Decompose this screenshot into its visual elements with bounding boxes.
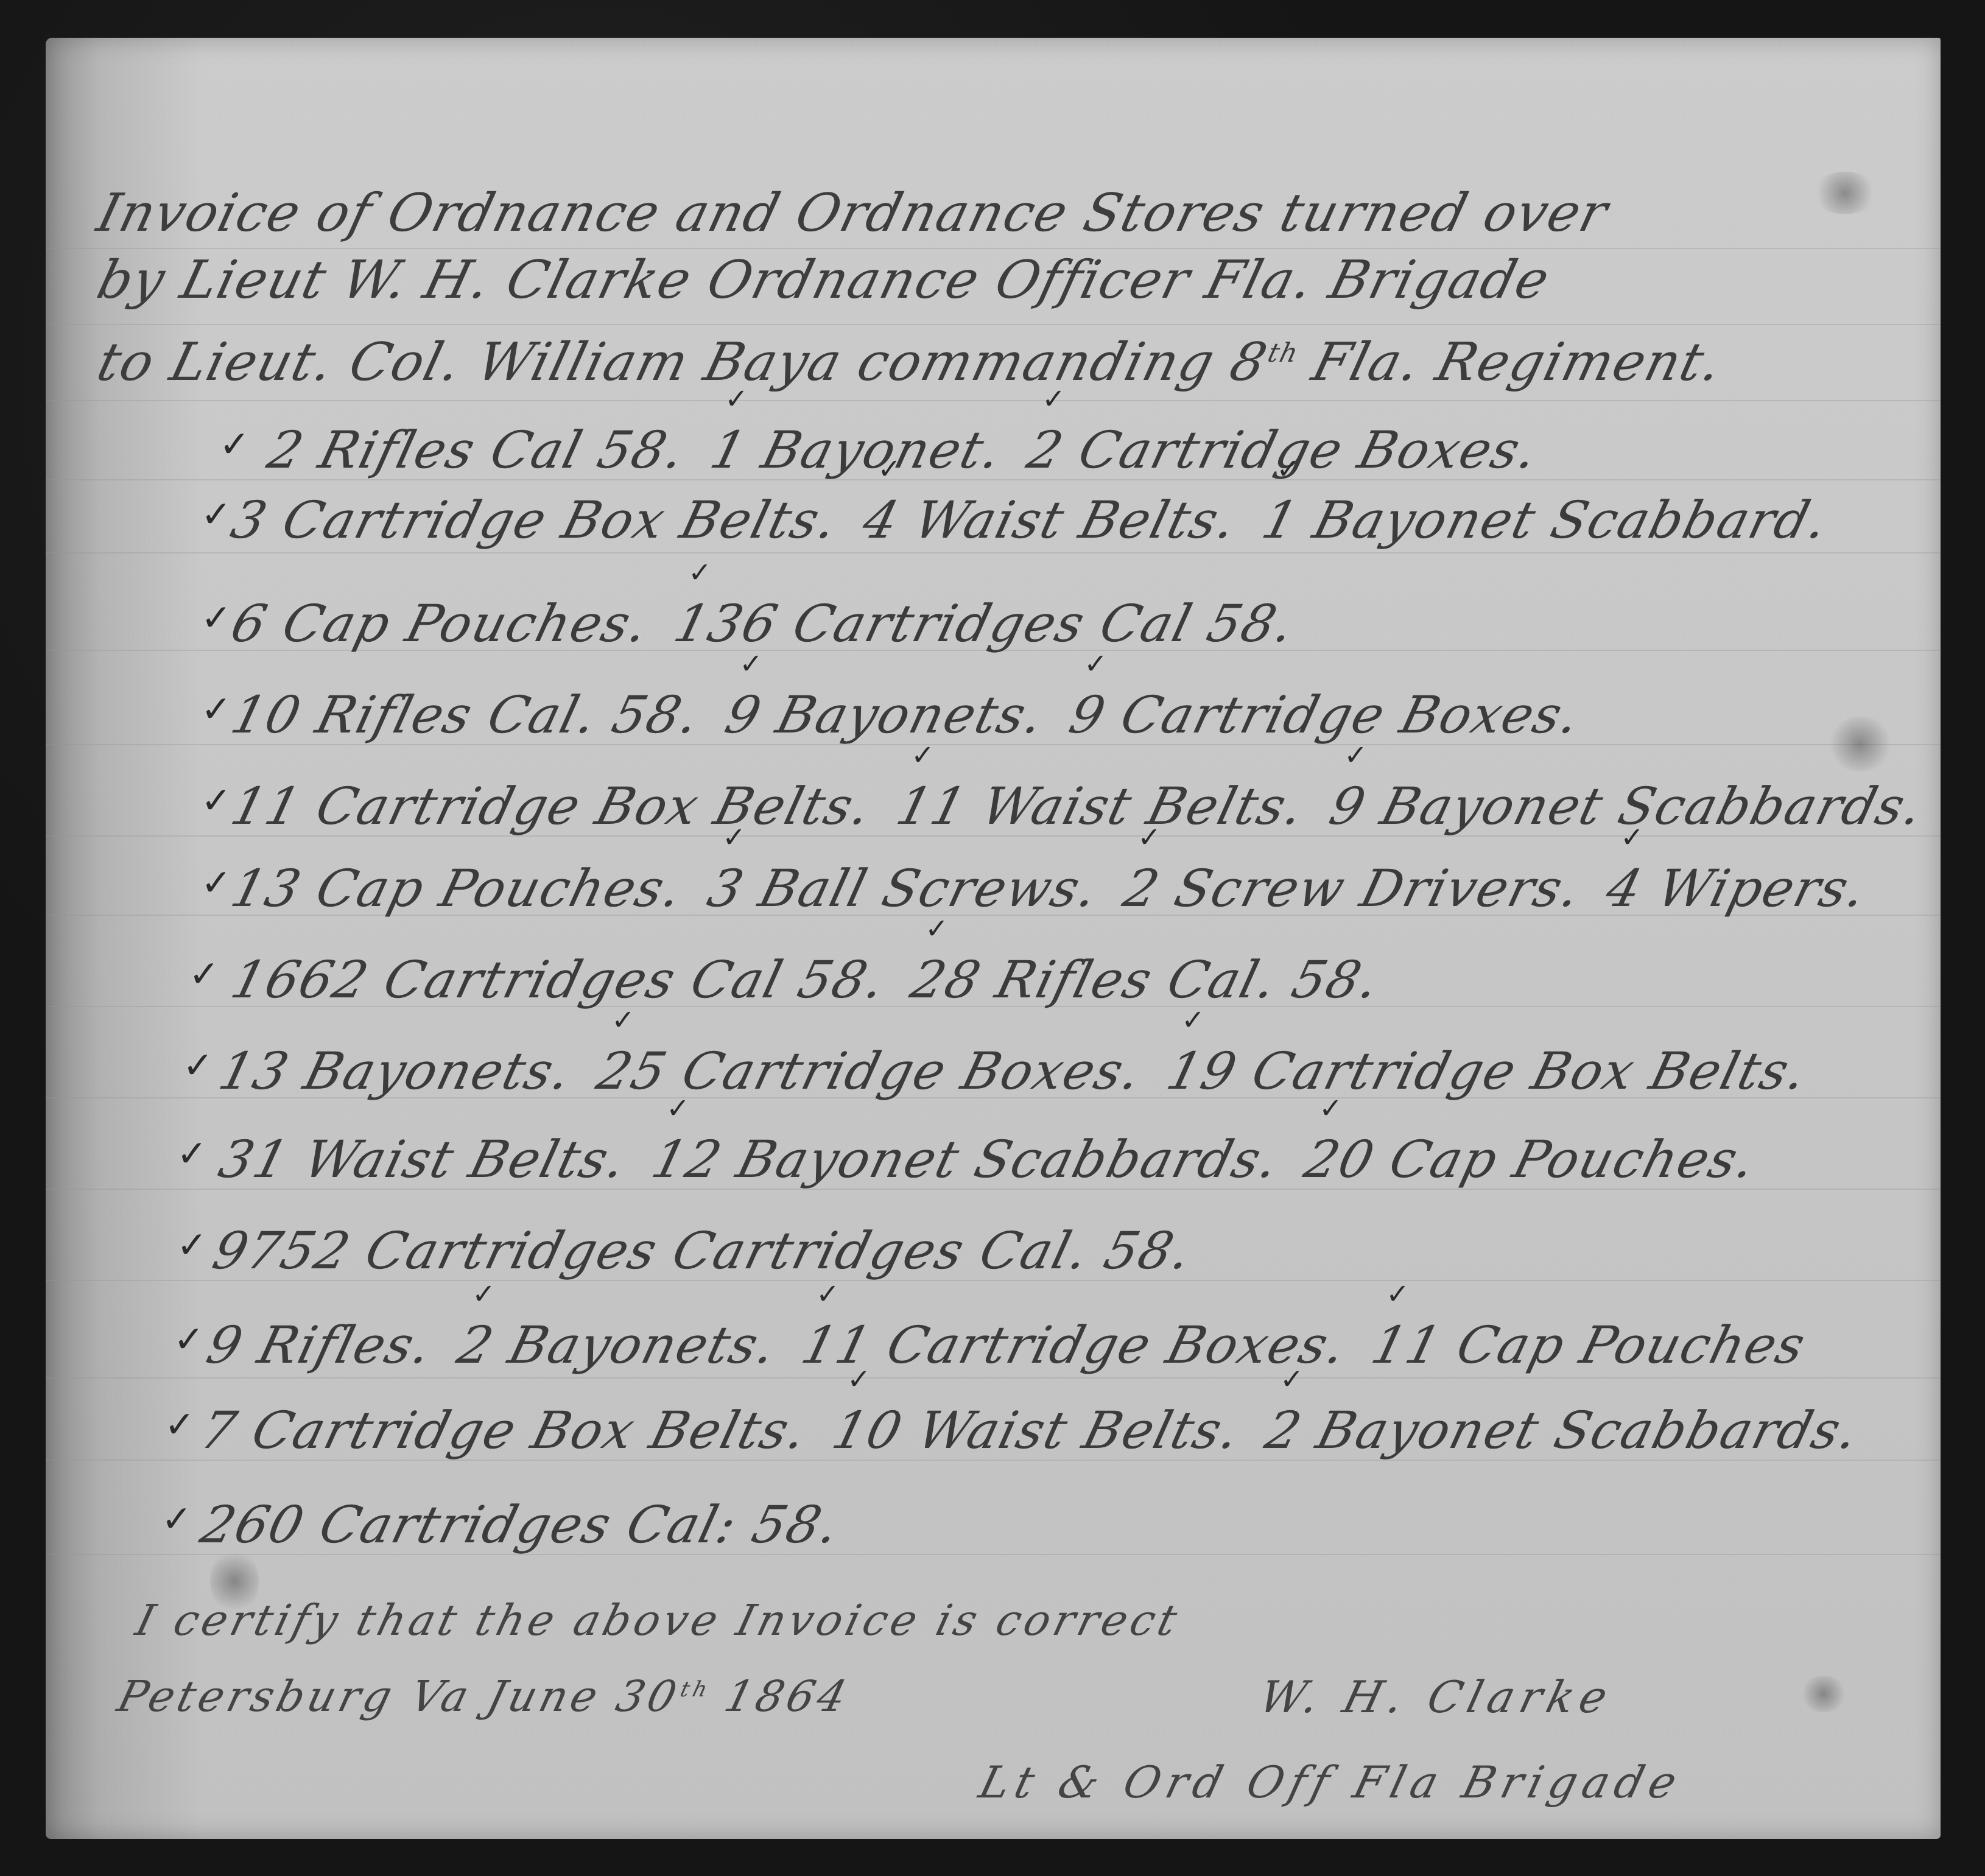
item-entry-text: 28 Rifles Cal. 58. (905, 950, 1386, 1010)
signature-title: Lt & Ord Off Fla Brigade (974, 1757, 1688, 1808)
item-entry-text: 11 Waist Belts. (891, 776, 1310, 836)
ruled-line (46, 400, 1941, 401)
item-entry-text: 1 Bayonet Scabbard. (1256, 490, 1835, 550)
row-check-mark-icon: ✓ (177, 1133, 207, 1175)
item-entry-text: 31 Waist Belts. (213, 1129, 633, 1189)
item-row: 13 Cap Pouches.✓3 Ball Screws.✓2 Screw D… (225, 859, 1901, 918)
item-entry: 11 Cartridge Box Belts. (225, 776, 878, 836)
row-check-mark-icon: ✓ (189, 953, 219, 996)
item-entry: 260 Cartridges Cal: 58. (195, 1495, 846, 1555)
tick-mark-icon: ✓ (689, 556, 714, 589)
item-entry-text: 2 Rifles Cal 58. (262, 420, 692, 480)
tick-mark-icon: ✓ (1344, 739, 1369, 771)
item-entry-text: 1 Bayonet. (704, 420, 1008, 480)
tick-mark-icon: ✓ (847, 1363, 872, 1396)
row-check-mark-icon: ✓ (161, 1498, 192, 1540)
ruled-line (46, 1377, 1941, 1379)
item-entry-text: 1662 Cartridges Cal 58. (225, 950, 892, 1010)
tick-mark-icon: ✓ (816, 1277, 841, 1310)
ink-smudge (1827, 717, 1894, 771)
item-entry-text: 20 Cap Pouches. (1299, 1129, 1762, 1189)
item-row: 1662 Cartridges Cal 58.✓28 Rifles Cal. 5… (225, 950, 1414, 1010)
item-entry: ✓2 Screw Drivers. (1117, 859, 1587, 918)
item-entry: 7 Cartridge Box Belts. (195, 1400, 813, 1460)
item-entry: ✓4 Wipers. (1600, 859, 1873, 918)
row-check-mark-icon: ✓ (201, 688, 231, 731)
row-check-mark-icon: ✓ (201, 779, 231, 822)
item-entry-text: 11 Cartridge Boxes. (796, 1315, 1352, 1375)
item-entry: 10 Rifles Cal. 58. (225, 685, 706, 745)
item-entry-text: 19 Cartridge Box Belts. (1161, 1041, 1814, 1101)
item-entry: ✓4 Waist Belts. (857, 490, 1243, 550)
tick-mark-icon: ✓ (1319, 1092, 1344, 1125)
item-row: 9752 Cartridges Cartridges Cal. 58. (207, 1221, 1226, 1281)
tick-mark-icon: ✓ (1386, 1277, 1411, 1310)
item-entry-text: 11 Cap Pouches (1366, 1315, 1812, 1375)
tick-mark-icon: ✓ (1084, 647, 1109, 680)
item-entry-text: 9 Bayonets. (719, 685, 1050, 745)
row-check-mark-icon: ✓ (201, 493, 231, 536)
item-entry-text: 3 Cartridge Box Belts. (225, 490, 844, 550)
item-entry: 31 Waist Belts. (213, 1129, 633, 1189)
item-entry: ✓9 Cartridge Boxes. (1064, 685, 1587, 745)
item-entry-text: 4 Waist Belts. (857, 490, 1243, 550)
tick-mark-icon: ✓ (911, 739, 936, 771)
item-entry-text: 9752 Cartridges Cartridges Cal. 58. (207, 1221, 1198, 1281)
item-entry-text: 6 Cap Pouches. (225, 594, 655, 653)
row-check-mark-icon: ✓ (174, 1318, 204, 1361)
item-entry-text: 2 Bayonet Scabbards. (1260, 1400, 1866, 1460)
row-check-mark-icon: ✓ (201, 862, 231, 904)
ruled-line (46, 324, 1941, 325)
item-row: 3 Cartridge Box Belts.✓4 Waist Belts.✓1 … (225, 490, 1863, 550)
tick-mark-icon: ✓ (666, 1092, 691, 1125)
header-line-1: Invoice of Ordnance and Ordnance Stores … (91, 183, 1615, 244)
tick-mark-icon: ✓ (925, 912, 950, 945)
item-entry: ✓28 Rifles Cal. 58. (905, 950, 1386, 1010)
item-entry: ✓2 Bayonets. (452, 1315, 783, 1375)
tick-mark-icon: ✓ (722, 821, 747, 854)
item-entry: ✓12 Bayonet Scabbards. (646, 1129, 1285, 1189)
row-check-mark-icon: ✓ (219, 423, 250, 466)
item-entry-text: 13 Cap Pouches. (225, 859, 689, 918)
header-line-3: to Lieut. Col. William Baya commanding 8… (91, 332, 1729, 393)
item-entry-text: 7 Cartridge Box Belts. (195, 1400, 813, 1460)
item-entry-text: 9 Rifles. (201, 1315, 438, 1375)
item-row: 7 Cartridge Box Belts.✓10 Waist Belts.✓2… (195, 1400, 1893, 1460)
tick-mark-icon: ✓ (1276, 452, 1301, 485)
tick-mark-icon: ✓ (740, 647, 765, 680)
item-entry: ✓1 Bayonet. (704, 420, 1008, 480)
item-row: 13 Bayonets.✓25 Cartridge Boxes.✓19 Cart… (213, 1041, 1841, 1101)
item-entry-text: 10 Rifles Cal. 58. (225, 685, 706, 745)
tick-mark-icon: ✓ (1181, 1003, 1206, 1036)
item-row: 10 Rifles Cal. 58.✓9 Bayonets.✓9 Cartrid… (225, 685, 1615, 745)
item-entry: 2 Rifles Cal 58. (262, 420, 692, 480)
ruled-line (46, 248, 1941, 249)
item-entry: 9 Rifles. (201, 1315, 438, 1375)
item-entry: ✓2 Bayonet Scabbards. (1260, 1400, 1866, 1460)
header-line-2: by Lieut W. H. Clarke Ordnance Officer F… (91, 250, 1556, 311)
item-entry-text: 136 Cartridges Cal 58. (668, 594, 1301, 653)
tick-mark-icon: ✓ (1138, 821, 1163, 854)
item-entry: ✓9 Bayonets. (719, 685, 1050, 745)
item-row: 2 Rifles Cal 58.✓1 Bayonet.✓2 Cartridge … (262, 420, 1573, 480)
tick-mark-icon: ✓ (1280, 1363, 1305, 1396)
item-entry: ✓3 Ball Screws. (702, 859, 1105, 918)
signature-name: W. H. Clarke (1254, 1671, 1618, 1723)
item-entry-text: 2 Screw Drivers. (1117, 859, 1587, 918)
tick-mark-icon: ✓ (611, 1003, 636, 1036)
item-entry: 6 Cap Pouches. (225, 594, 655, 653)
item-entry-text: 260 Cartridges Cal: 58. (195, 1495, 846, 1555)
item-entry: ✓19 Cartridge Box Belts. (1161, 1041, 1814, 1101)
item-entry: 1662 Cartridges Cal 58. (225, 950, 892, 1010)
item-entry-text: 10 Waist Belts. (827, 1400, 1246, 1460)
item-entry: ✓20 Cap Pouches. (1299, 1129, 1762, 1189)
item-entry-text: 13 Bayonets. (213, 1041, 578, 1101)
item-entry: ✓136 Cartridges Cal 58. (668, 594, 1301, 653)
item-entry: ✓10 Waist Belts. (827, 1400, 1246, 1460)
tick-mark-icon: ✓ (877, 452, 902, 485)
item-entry-text: 3 Ball Screws. (702, 859, 1105, 918)
item-row: 31 Waist Belts.✓12 Bayonet Scabbards.✓20… (213, 1129, 1790, 1189)
tick-mark-icon: ✓ (1620, 821, 1645, 854)
item-entry-text: 12 Bayonet Scabbards. (646, 1129, 1285, 1189)
item-row: 260 Cartridges Cal: 58. (195, 1495, 874, 1555)
ruled-line (46, 552, 1941, 553)
item-entry-text: 9 Cartridge Boxes. (1064, 685, 1587, 745)
row-check-mark-icon: ✓ (183, 1044, 213, 1087)
ink-smudge (1799, 1676, 1848, 1712)
item-entry: 9752 Cartridges Cartridges Cal. 58. (207, 1221, 1198, 1281)
item-row: 9 Rifles.✓2 Bayonets.✓11 Cartridge Boxes… (201, 1315, 1840, 1375)
item-entry: ✓11 Cartridge Boxes. (796, 1315, 1352, 1375)
place-date: Petersburg Va June 30th 1864 (113, 1671, 855, 1721)
item-entry: 3 Cartridge Box Belts. (225, 490, 844, 550)
item-entry-text: 4 Wipers. (1600, 859, 1873, 918)
item-entry-text: 2 Bayonets. (452, 1315, 783, 1375)
item-entry: ✓11 Waist Belts. (891, 776, 1310, 836)
tick-mark-icon: ✓ (472, 1277, 497, 1310)
item-entry-text: 11 Cartridge Box Belts. (225, 776, 878, 836)
item-entry: 13 Cap Pouches. (225, 859, 689, 918)
ink-smudge (1811, 172, 1878, 214)
row-check-mark-icon: ✓ (201, 597, 231, 639)
tick-mark-icon: ✓ (1042, 382, 1067, 415)
tick-mark-icon: ✓ (725, 382, 750, 415)
row-check-mark-icon: ✓ (164, 1403, 195, 1446)
certification-text: I certify that the above Invoice is corr… (131, 1595, 1186, 1645)
item-entry: ✓1 Bayonet Scabbard. (1256, 490, 1835, 550)
item-row: 11 Cartridge Box Belts.✓11 Waist Belts.✓… (225, 776, 1958, 836)
item-row: 6 Cap Pouches.✓136 Cartridges Cal 58. (225, 594, 1329, 653)
item-entry: 13 Bayonets. (213, 1041, 578, 1101)
row-check-mark-icon: ✓ (177, 1224, 207, 1266)
item-entry: ✓11 Cap Pouches (1366, 1315, 1812, 1375)
